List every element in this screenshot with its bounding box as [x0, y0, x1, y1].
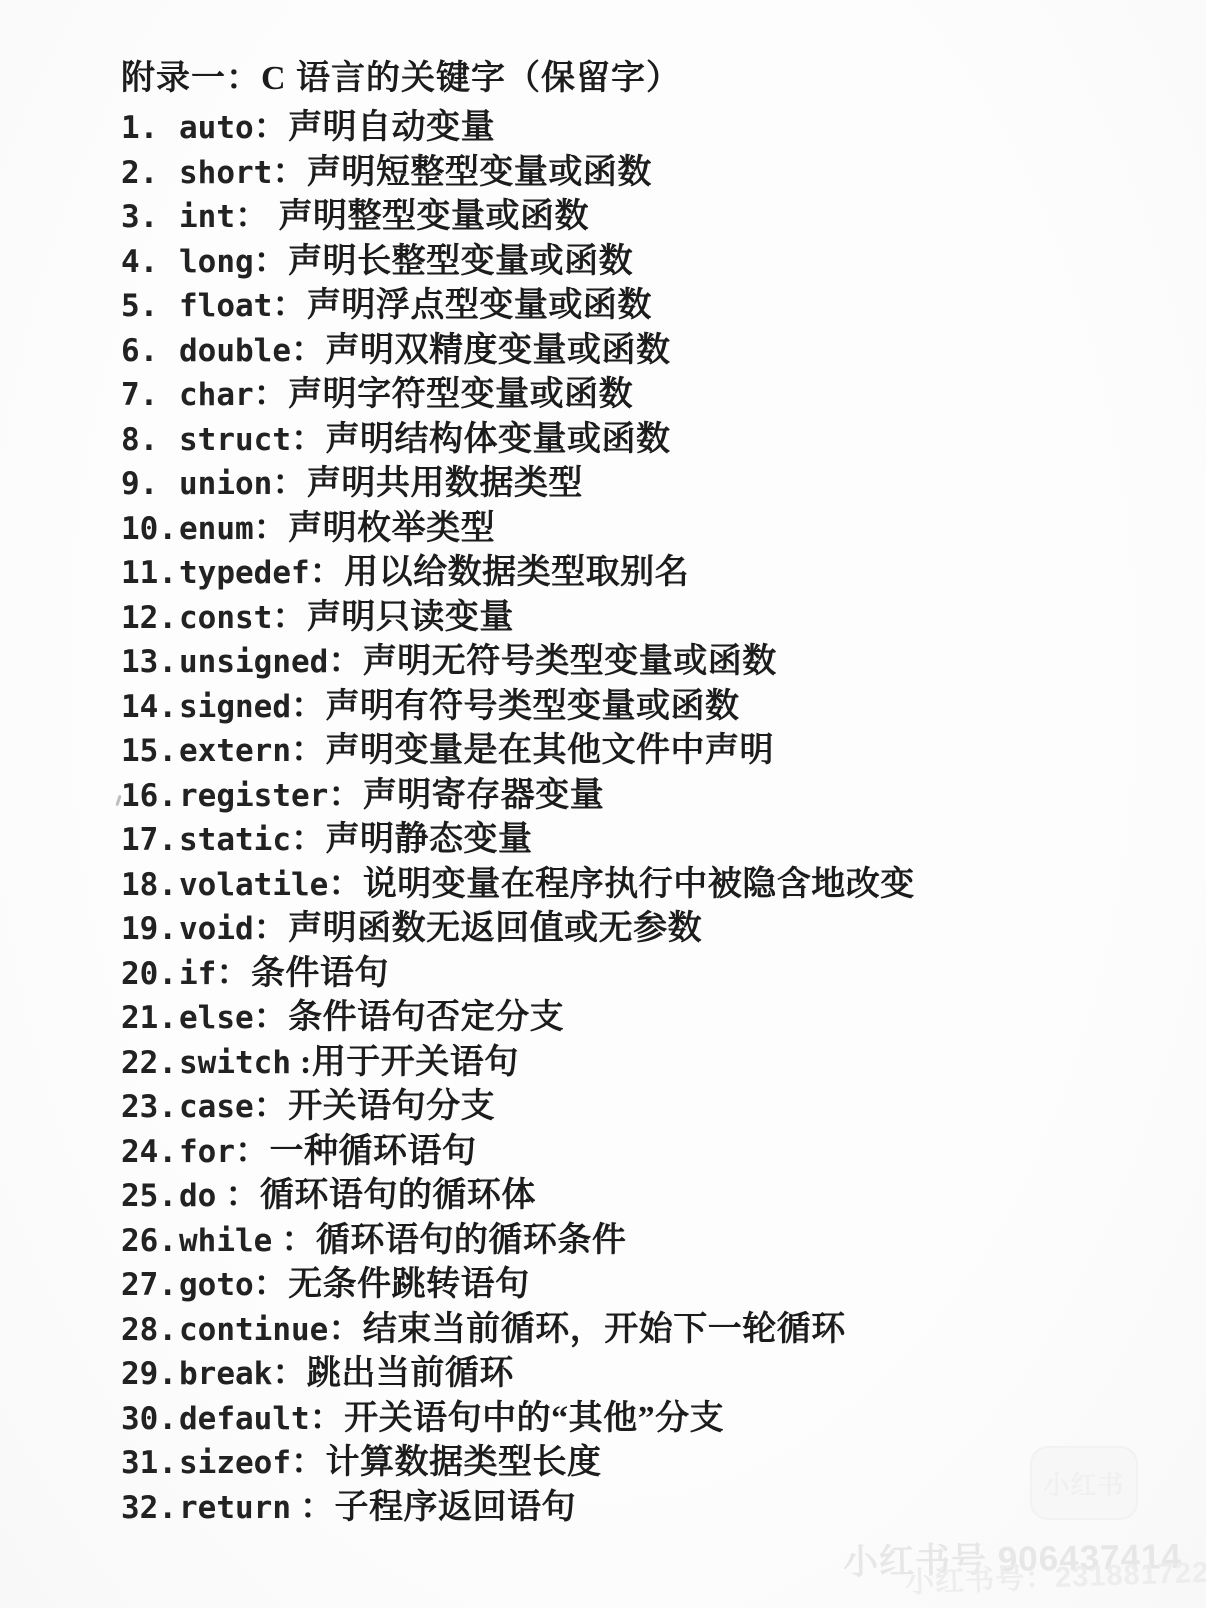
list-item: 16.register：声明寄存器变量 [121, 774, 1206, 819]
item-separator: ： [291, 421, 326, 458]
item-keyword: unsigned [179, 644, 328, 680]
item-description: 说明变量在程序执行中被隐含地改变 [363, 866, 915, 903]
item-description: 循环语句的循环条件 [316, 1222, 627, 1259]
item-description: 声明整型变量或函数 [279, 198, 590, 235]
item-description: 声明长整型变量或函数 [288, 243, 633, 280]
list-item: 1.auto：声明自动变量 [121, 106, 1206, 151]
item-description: 条件语句否定分支 [288, 999, 564, 1036]
item-number: 13. [121, 640, 179, 685]
item-separator: ： [254, 910, 289, 947]
item-number: 5. [121, 284, 179, 329]
list-item: 6.double：声明双精度变量或函数 [121, 329, 1206, 374]
page-title: 附录一：C 语言的关键字（保留字） [121, 58, 1206, 100]
item-description: 计算数据类型长度 [325, 1444, 601, 1481]
item-description: 声明共用数据类型 [307, 465, 583, 502]
item-description: 声明字符型变量或函数 [288, 376, 633, 413]
item-number: 1. [121, 106, 179, 151]
item-separator: ： [272, 599, 307, 636]
item-separator: ： [310, 1400, 345, 1437]
list-item: 23.case：开关语句分支 [121, 1085, 1206, 1130]
item-separator: ： [235, 198, 279, 235]
item-keyword: do [179, 1178, 216, 1214]
item-number: 30. [121, 1397, 179, 1442]
list-item: 9.union：声明共用数据类型 [121, 462, 1206, 507]
document-page: 附录一：C 语言的关键字（保留字） 1.auto：声明自动变量 2.short：… [0, 0, 1206, 1608]
list-item: 21.else：条件语句否定分支 [121, 996, 1206, 1041]
list-item: 29.break：跳出当前循环 [121, 1352, 1206, 1397]
item-keyword: union [179, 466, 272, 502]
item-number: 19. [121, 907, 179, 952]
item-keyword: sizeof [179, 1445, 291, 1481]
item-description: 声明结构体变量或函数 [325, 421, 670, 458]
item-description: 条件语句 [251, 955, 389, 992]
item-keyword: if [179, 956, 216, 992]
item-keyword: typedef [179, 555, 310, 591]
list-item: 4.long：声明长整型变量或函数 [121, 240, 1206, 285]
item-keyword: goto [179, 1267, 254, 1303]
list-item: 27.goto：无条件跳转语句 [121, 1263, 1206, 1308]
item-description: 声明自动变量 [288, 109, 495, 146]
item-keyword: continue [179, 1312, 328, 1348]
item-keyword: struct [179, 422, 291, 458]
item-description: 声明静态变量 [325, 821, 532, 858]
item-keyword: void [179, 911, 254, 947]
item-number: 16. [121, 774, 179, 819]
list-item: 10.enum：声明枚举类型 [121, 507, 1206, 552]
item-keyword: int [179, 199, 235, 235]
list-item: 28.continue：结束当前循环，开始下一轮循环 [121, 1308, 1206, 1353]
item-separator: ： [328, 866, 363, 903]
item-separator: ： [235, 1133, 270, 1170]
item-number: 8. [121, 418, 179, 463]
list-item: 11.typedef：用以给数据类型取别名 [121, 551, 1206, 596]
item-separator: ： [254, 999, 289, 1036]
item-separator: ： [254, 510, 289, 547]
item-separator: ： [291, 1444, 326, 1481]
item-separator: ： [272, 287, 307, 324]
item-keyword: else [179, 1000, 254, 1036]
item-keyword: double [179, 333, 291, 369]
item-keyword: return [179, 1490, 291, 1526]
item-description: 声明只读变量 [307, 599, 514, 636]
item-description: 子程序返回语句 [334, 1489, 576, 1526]
watermark-id-line-2: 小红书号：231881722 [904, 1550, 1206, 1602]
list-item: 19.void：声明函数无返回值或无参数 [121, 907, 1206, 952]
item-number: 3. [121, 195, 179, 240]
item-number: 6. [121, 329, 179, 374]
keyword-list: 1.auto：声明自动变量 2.short：声明短整型变量或函数 3.int： … [121, 106, 1206, 1530]
item-description: 用以给数据类型取别名 [344, 554, 689, 591]
item-separator: ： [272, 465, 307, 502]
list-item: 7.char：声明字符型变量或函数 [121, 373, 1206, 418]
list-item: 18.volatile：说明变量在程序执行中被隐含地改变 [121, 863, 1206, 908]
item-description: 用于开关语句 [312, 1044, 519, 1081]
item-number: 9. [121, 462, 179, 507]
item-separator: ： [216, 955, 251, 992]
item-separator: ： [254, 109, 289, 146]
item-number: 23. [121, 1085, 179, 1130]
item-separator: ： [272, 1222, 316, 1259]
list-item: 12.const：声明只读变量 [121, 596, 1206, 641]
item-separator: ： [291, 821, 326, 858]
item-number: 15. [121, 729, 179, 774]
item-separator: ： [328, 777, 363, 814]
item-separator: ： [291, 688, 326, 725]
item-number: 14. [121, 685, 179, 730]
item-number: 2. [121, 151, 179, 196]
item-description: 声明函数无返回值或无参数 [288, 910, 702, 947]
item-keyword: short [179, 155, 272, 191]
item-number: 12. [121, 596, 179, 641]
item-keyword: auto [179, 110, 254, 146]
item-description: 声明枚举类型 [288, 510, 495, 547]
item-number: 32. [121, 1486, 179, 1531]
item-keyword: enum [179, 511, 254, 547]
list-item: 5.float：声明浮点型变量或函数 [121, 284, 1206, 329]
item-number: 4. [121, 240, 179, 285]
item-keyword: register [179, 778, 328, 814]
item-keyword: extern [179, 733, 291, 769]
item-number: 18. [121, 863, 179, 908]
item-number: 10. [121, 507, 179, 552]
item-separator: ： [310, 554, 345, 591]
item-description: 声明有符号类型变量或函数 [325, 688, 739, 725]
list-item: 30.default：开关语句中的“其他”分支 [121, 1397, 1206, 1442]
item-separator: ： [254, 1266, 289, 1303]
item-description: 声明寄存器变量 [363, 777, 605, 814]
item-description: 一种循环语句 [270, 1133, 477, 1170]
item-description: 开关语句分支 [288, 1088, 495, 1125]
item-separator: ： [328, 643, 363, 680]
item-description: 声明浮点型变量或函数 [307, 287, 652, 324]
list-item: 15.extern：声明变量是在其他文件中声明 [121, 729, 1206, 774]
list-item: 2.short：声明短整型变量或函数 [121, 151, 1206, 196]
item-description: 循环语句的循环体 [260, 1177, 536, 1214]
item-keyword: switch [179, 1045, 291, 1081]
item-description: 无条件跳转语句 [288, 1266, 530, 1303]
item-number: 17. [121, 818, 179, 863]
item-separator: : [291, 1044, 312, 1081]
item-number: 11. [121, 551, 179, 596]
item-number: 24. [121, 1130, 179, 1175]
list-item: 25.do ：循环语句的循环体 [121, 1174, 1206, 1219]
xiaohongshu-logo-label: 小红书 [1043, 1465, 1124, 1502]
item-description: 声明双精度变量或函数 [325, 332, 670, 369]
item-description: 结束当前循环，开始下一轮循环 [363, 1311, 846, 1348]
item-number: 20. [121, 952, 179, 997]
item-keyword: volatile [179, 867, 328, 903]
item-description: 跳出当前循环 [307, 1355, 514, 1392]
item-keyword: long [179, 244, 254, 280]
item-keyword: break [179, 1356, 272, 1392]
item-keyword: case [179, 1089, 254, 1125]
item-separator: ： [328, 1311, 363, 1348]
list-item: 3.int： 声明整型变量或函数 [121, 195, 1206, 240]
item-separator: ： [254, 243, 289, 280]
item-description: 声明变量是在其他文件中声明 [325, 732, 774, 769]
item-number: 27. [121, 1263, 179, 1308]
item-keyword: const [179, 600, 272, 636]
item-separator: ： [272, 154, 307, 191]
item-keyword: while [179, 1223, 272, 1259]
list-item: 14.signed：声明有符号类型变量或函数 [121, 685, 1206, 730]
item-number: 31. [121, 1441, 179, 1486]
item-number: 7. [121, 373, 179, 418]
item-keyword: float [179, 288, 272, 324]
item-number: 22. [121, 1041, 179, 1086]
watermark-id-line-1: 小红书号 906437414 [843, 1529, 1183, 1585]
item-number: 25. [121, 1174, 179, 1219]
item-keyword: default [179, 1401, 310, 1437]
item-description: 声明短整型变量或函数 [307, 154, 652, 191]
list-item: 26.while ：循环语句的循环条件 [121, 1219, 1206, 1264]
item-separator: ： [254, 1088, 289, 1125]
item-number: 26. [121, 1219, 179, 1264]
item-separator: ： [272, 1355, 307, 1392]
list-item: 8.struct：声明结构体变量或函数 [121, 418, 1206, 463]
list-item: 13.unsigned：声明无符号类型变量或函数 [121, 640, 1206, 685]
item-keyword: for [179, 1134, 235, 1170]
item-description: 声明无符号类型变量或函数 [363, 643, 777, 680]
list-item: 17.static：声明静态变量 [121, 818, 1206, 863]
list-item: 20.if：条件语句 [121, 952, 1206, 997]
item-separator: ： [291, 732, 326, 769]
item-separator: ： [291, 332, 326, 369]
item-number: 21. [121, 996, 179, 1041]
item-keyword: char [179, 377, 254, 413]
item-keyword: static [179, 822, 291, 858]
list-item: 22.switch :用于开关语句 [121, 1041, 1206, 1086]
list-item: 24.for：一种循环语句 [121, 1130, 1206, 1175]
item-separator: ： [216, 1177, 260, 1214]
item-number: 29. [121, 1352, 179, 1397]
item-number: 28. [121, 1308, 179, 1353]
item-separator: ： [291, 1489, 335, 1526]
item-separator: ： [254, 376, 289, 413]
xiaohongshu-logo-badge: 小红书 [1030, 1446, 1138, 1520]
item-keyword: signed [179, 689, 291, 725]
item-description: 开关语句中的“其他”分支 [344, 1400, 724, 1437]
